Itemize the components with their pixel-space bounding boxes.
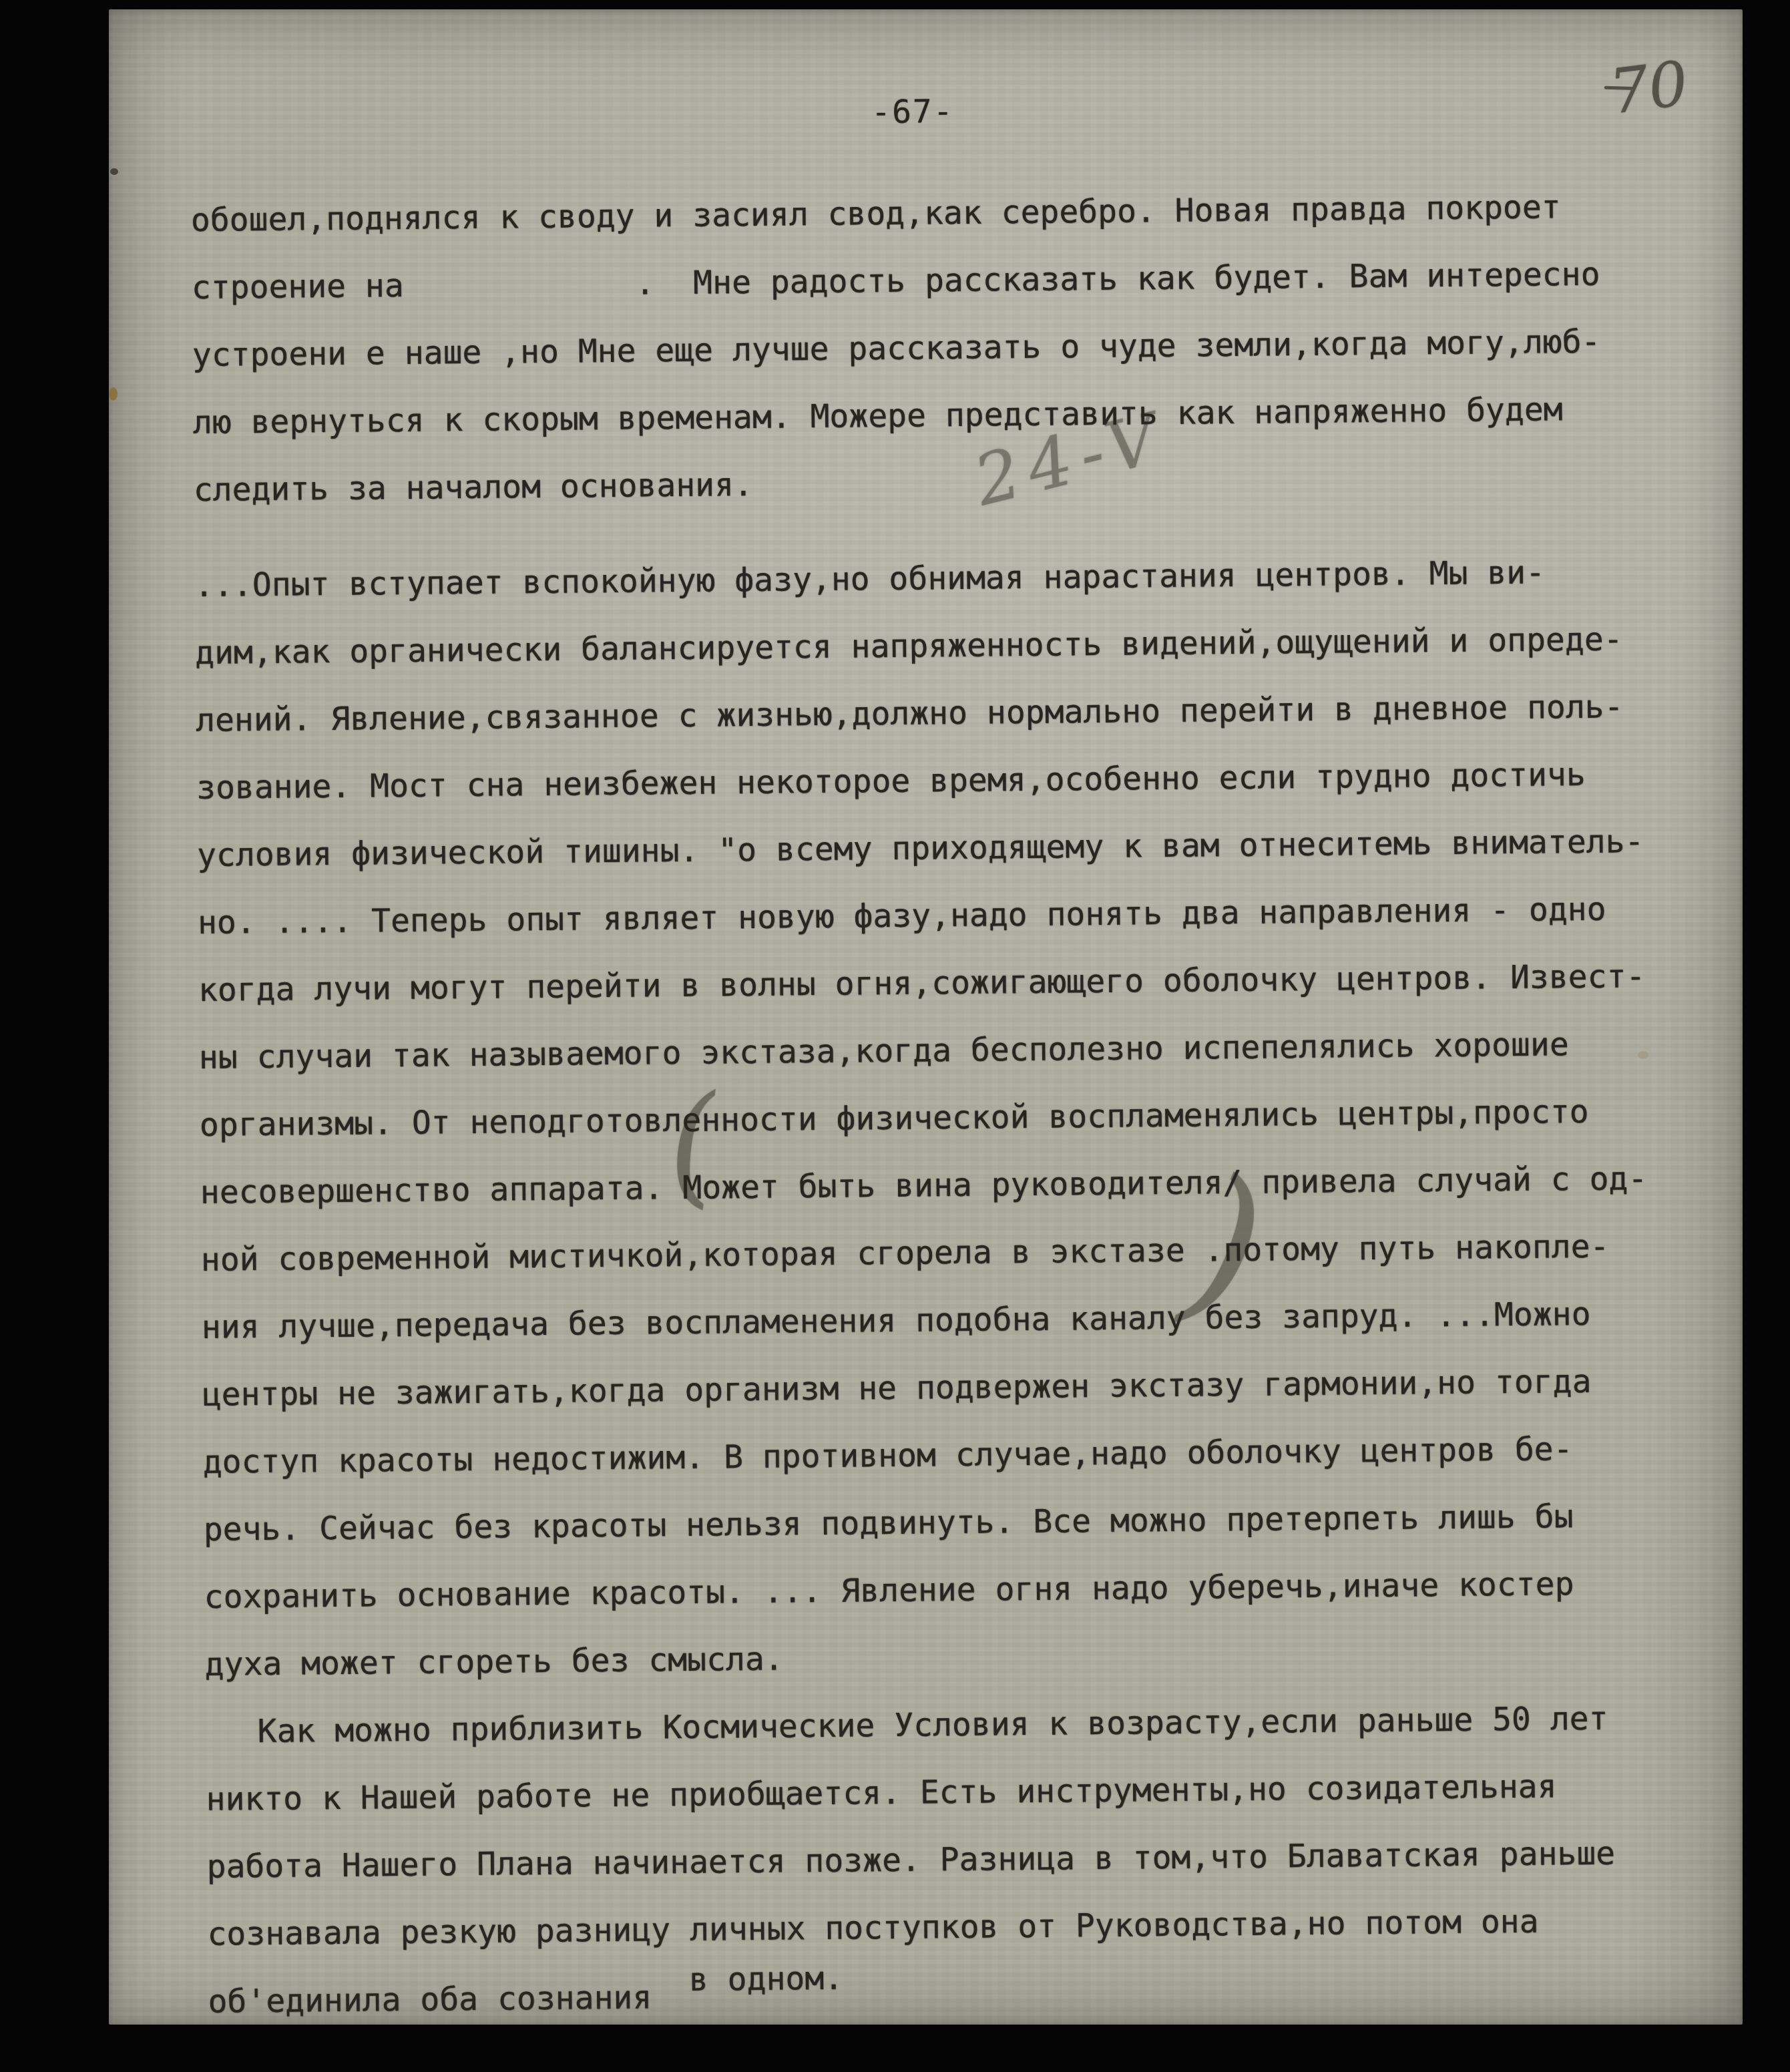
paragraph-3: Как можно приблизить Космические Условия… — [205, 1685, 1654, 2036]
typed-text-block: -67- обошел,поднялся к своду и засиял св… — [107, 0, 1761, 2037]
closing-line-main: об'единила оба сознания — [208, 1979, 652, 2020]
paragraph-2: ...Опыт вступает вспокойную фазу,но обни… — [194, 538, 1650, 1699]
text-line: сознавала резкую разницу личных поступко… — [207, 1887, 1653, 1969]
document-body: обошел,поднялся к своду и засиял свод,ка… — [190, 173, 1653, 2036]
text-line: лю вернуться к скорым временам. Можере п… — [192, 375, 1638, 457]
closing-line-raised: в одном. — [688, 1945, 843, 2014]
paragraph-1: обошел,поднялся к своду и засиял свод,ка… — [190, 173, 1639, 524]
document-page: 70 24-V ( ) -67- обошел,поднялся к своду… — [109, 9, 1743, 2025]
scan-background: 70 24-V ( ) -67- обошел,поднялся к своду… — [0, 0, 1790, 2072]
page-number: -67- — [190, 87, 1635, 136]
text-line: следить за началом основания. — [193, 443, 1639, 524]
closing-line: об'единила оба сознанияв одном. — [208, 1954, 1654, 2036]
text-line: сохранить основание красоты. ... Явление… — [204, 1550, 1650, 1631]
